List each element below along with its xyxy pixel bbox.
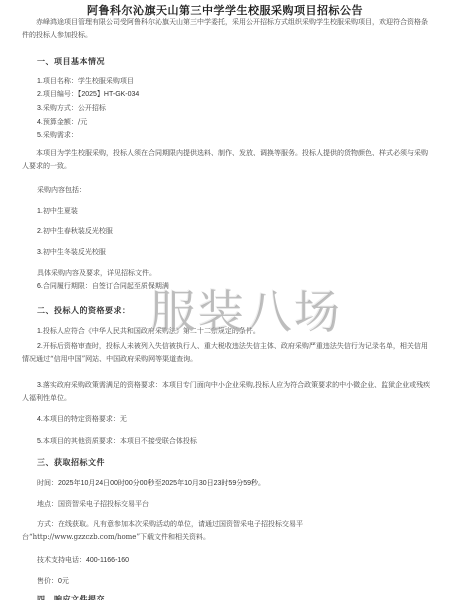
price-value: 0元 [58, 578, 69, 585]
intro-paragraph: 赤峰鸿途项目管理有限公司受阿鲁科尔沁旗天山第三中学委托，采用公开招标方式组织采购… [22, 16, 434, 42]
method-paragraph: 方式：在线获取。凡有意参加本次采购活动的单位，请通过国资智采电子招投标交易平台“… [22, 518, 322, 544]
qualification-item: 3.落实政府采购政策需满足的资格要求：本项目专门面向中小企业采购,投标人应为符合… [22, 379, 434, 405]
method-value: 在线获取。凡有意参加本次采购活动的单位，请通过国资智采电子招投标交易平台“htt… [22, 520, 303, 541]
procurement-method-line: 3.采购方式：公开招标 [37, 103, 106, 114]
place-value: 国资智采电子招投标交易平台 [58, 500, 149, 508]
contents-label: 采购内容包括： [37, 185, 86, 195]
project-number-line: 2.项目编号：【2025】HT-GK-034 [37, 89, 139, 100]
price-line: 售价：0元 [37, 576, 69, 587]
content-item: 1.初中生夏装 [37, 206, 78, 217]
qualification-item: 4.本项目的特定资格要求：无 [37, 414, 127, 425]
time-value: 2025年10月24日00时00分00秒至2025年10月30日23时59分59… [58, 480, 265, 487]
qualification-item: 2.开标后资格审查时，投标人未被列入失信被执行人、重大税收违法失信主体、政府采购… [22, 340, 434, 366]
contract-period-value: 自签订合同起至质保期满 [92, 282, 169, 290]
project-name-line: 1.项目名称：学生校服采购项目 [37, 76, 134, 87]
content-item: 3.初中生冬装反光校服 [37, 247, 106, 258]
content-item: 2.初中生春秋装反光校服 [37, 226, 113, 237]
budget-value: /元 [78, 118, 87, 126]
qualification-item: 5.本项目的其他资质要求：本项目不接受联合体投标 [37, 436, 197, 447]
time-line: 时间：2025年10月24日00时00分00秒至2025年10月30日23时59… [37, 478, 265, 489]
announcement-page: 阿鲁科尔沁旗天山第三中学学生校服采购项目招标公告 赤峰鸿途项目管理有限公司受阿鲁… [0, 0, 450, 600]
project-name-value: 学生校服采购项目 [78, 77, 134, 85]
section-heading-project-info: 一、项目基本情况 [37, 56, 105, 67]
support-phone-value: 400-1166-160 [86, 557, 129, 564]
support-phone-line: 技术支持电话：400-1166-160 [37, 555, 129, 566]
procurement-method-value: 公开招标 [78, 104, 106, 112]
section-heading-qualifications: 二、投标人的资格要求： [37, 305, 131, 316]
details-note: 具体采购内容及要求，详见招标文件。 [37, 268, 156, 278]
budget-line: 4.预算金额：/元 [37, 117, 87, 128]
procurement-needs-line: 5.采购需求： [37, 130, 78, 141]
place-line: 地点：国资智采电子招投标交易平台 [37, 499, 149, 509]
section-heading-submission: 四、响应文件提交 [37, 594, 105, 600]
project-number-value: 【2025】HT-GK-034 [78, 91, 139, 98]
qualification-item: 1.投标人应符合《中华人民共和国政府采购法》第二十二条规定的条件。 [37, 326, 260, 337]
project-description: 本项目为学生校服采购，投标人须在合同期限内提供选料、制作、发放、调换等服务。投标… [22, 147, 434, 173]
section-heading-obtain-documents: 三、获取招标文件 [37, 457, 105, 468]
contract-period-line: 6.合同履行期限：自签订合同起至质保期满 [37, 281, 169, 292]
